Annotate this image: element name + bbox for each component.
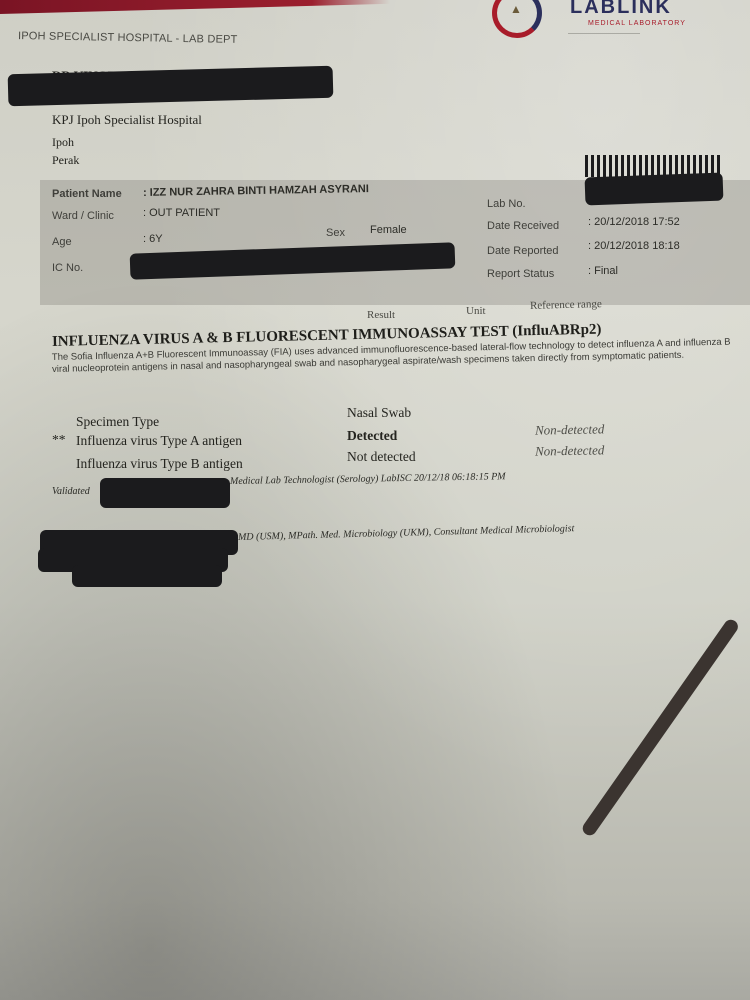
patient-name-label: Patient Name [52, 188, 122, 200]
sex-value: Female [370, 224, 407, 236]
ward-label: Ward / Clinic [52, 210, 114, 222]
brand-name: LABLINK [570, 0, 672, 19]
report-status-label: Report Status [487, 268, 554, 280]
date-received-label: Date Received [487, 220, 559, 232]
row-result: Nasal Swab [347, 405, 411, 421]
sex-label: Sex [326, 227, 345, 239]
lab-flask-icon: ▲ [510, 2, 522, 16]
age-value: : 6Y [143, 233, 163, 245]
date-received: : 20/12/2018 17:52 [588, 216, 680, 228]
column-unit: Unit [466, 305, 486, 317]
brand-tagline: MEDICAL LABORATORY [588, 20, 686, 27]
report-status: : Final [588, 265, 618, 277]
row-result: Not detected [347, 449, 416, 465]
ic-label: IC No. [52, 262, 83, 274]
ward-value: : OUT PATIENT [143, 207, 220, 219]
state: Perak [52, 153, 79, 168]
lab-no-label: Lab No. [487, 198, 526, 210]
age-label: Age [52, 236, 72, 248]
validated-prefix: Validated [52, 486, 90, 497]
row-test-name: Influenza virus Type A antigen [76, 433, 242, 449]
row-test-name: Influenza virus Type B antigen [76, 456, 243, 472]
row-test-name: Specimen Type [76, 414, 159, 430]
brand-subline: ———————————— [568, 31, 640, 37]
lablink-logo: ▲ [490, 0, 550, 40]
redaction-mark [100, 478, 230, 508]
redaction-mark [585, 173, 724, 206]
row-result: Detected [347, 428, 397, 444]
row-flag: ** [52, 432, 66, 448]
date-reported-label: Date Reported [487, 245, 559, 257]
redaction-mark [72, 565, 222, 587]
row-reference: Non-detected [535, 421, 605, 438]
city: Ipoh [52, 135, 74, 150]
column-result: Result [367, 309, 395, 321]
hospital-name: KPJ Ipoh Specialist Hospital [52, 112, 202, 128]
column-reference-range: Reference range [530, 298, 602, 312]
date-reported: : 20/12/2018 18:18 [588, 240, 680, 252]
row-reference: Non-detected [535, 442, 605, 459]
